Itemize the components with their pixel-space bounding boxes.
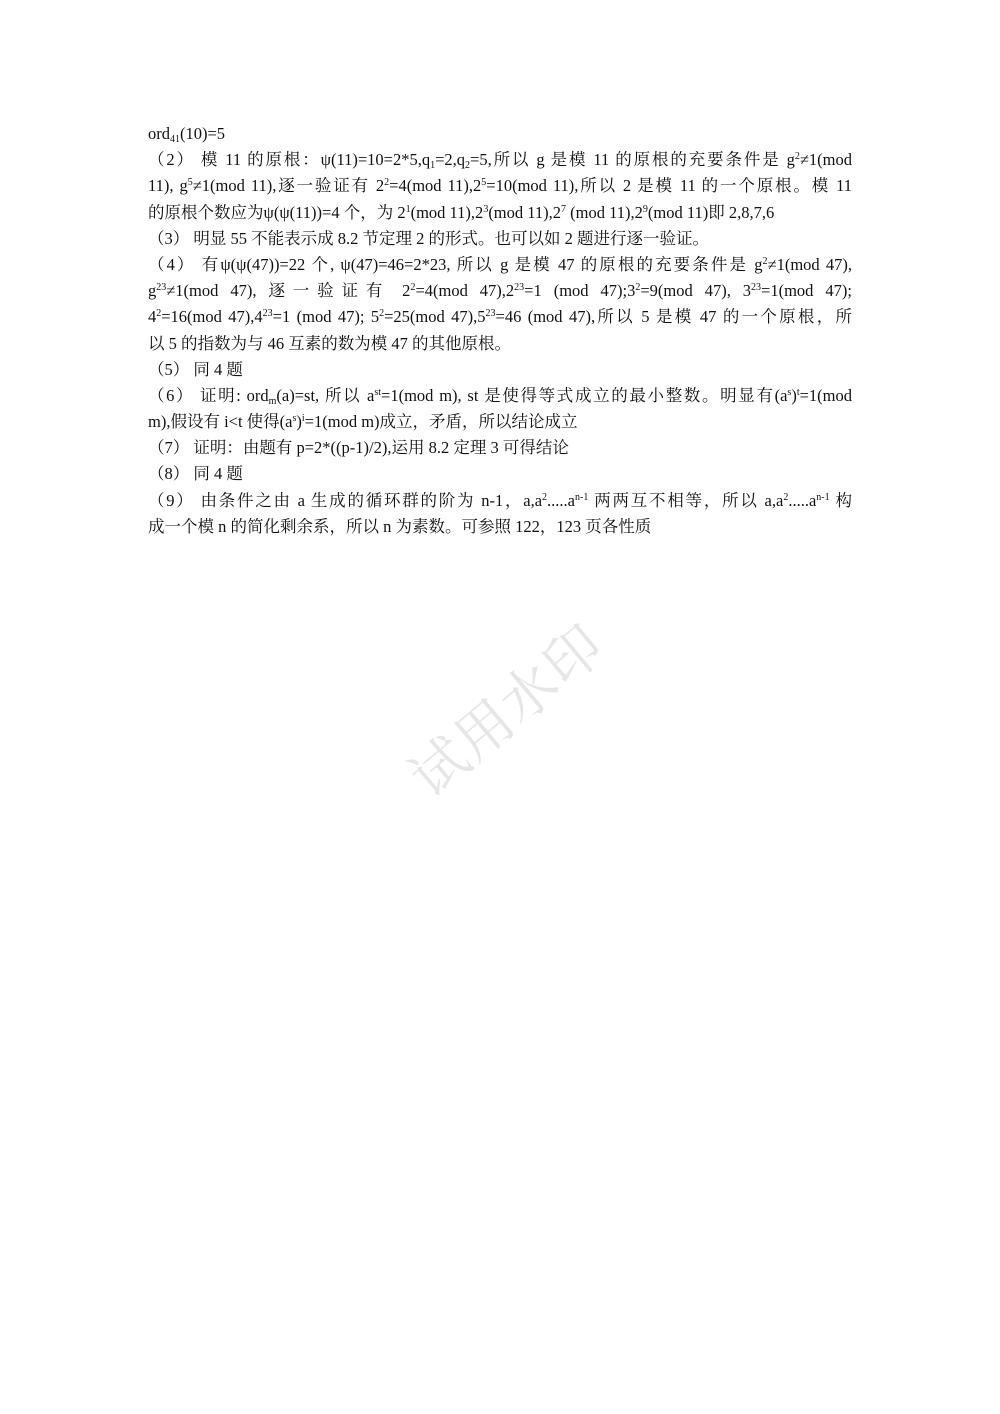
- text-run: .....a: [547, 491, 575, 510]
- text-run: n-1: [575, 492, 588, 503]
- text-run: =25(mod 47),5: [384, 307, 485, 326]
- text-run: =1 (mod 47); 5: [273, 307, 379, 326]
- text-line: g23≠1(mod 47), 逐一验证有 22=4(mod 47),223=1 …: [148, 278, 852, 304]
- text-line: （7） 证明：由题有 p=2*((p-1)/2),运用 8.2 定理 3 可得结…: [148, 435, 852, 461]
- text-run: =16(mod 47),4: [161, 307, 262, 326]
- text-line: （3） 明显 55 不能表示成 8.2 节定理 2 的形式。也可以如 2 题进行…: [148, 226, 852, 252]
- text-run: 的原根个数应为ψ(ψ(11))=4 个，为 2: [148, 203, 406, 222]
- text-run: (10)=5: [180, 124, 225, 143]
- text-run: （9） 由条件之由 a 生成的循环群的阶为 n-1，a,a: [148, 491, 542, 510]
- text-run: ≠1(mod 11),逐一验证有 2: [193, 176, 384, 195]
- text-run: （7） 证明：由题有 p=2*((p-1)/2),运用 8.2 定理 3 可得结…: [148, 438, 569, 457]
- text-run: =4(mod 11),2: [389, 176, 481, 195]
- text-run: ord: [148, 124, 170, 143]
- text-line: 成一个模 n 的简化剩余系，所以 n 为素数。可参照 122，123 页各性质: [148, 514, 852, 540]
- text-line: ord41(10)=5: [148, 121, 852, 147]
- text-run: =9(mod 47), 3: [640, 281, 751, 300]
- text-run: 4: [148, 307, 156, 326]
- text-run: （3） 明显 55 不能表示成 8.2 节定理 2 的形式。也可以如 2 题进行…: [148, 229, 709, 248]
- text-run: 以 5 的指数为与 46 互素的数为模 47 的其他原根。: [148, 334, 511, 353]
- text-line: （2） 模 11 的原根：ψ(11)=10=2*5,q1=2,q2=5,所以 g…: [148, 147, 852, 173]
- document-page: ord41(10)=5（2） 模 11 的原根：ψ(11)=10=2*5,q1=…: [0, 0, 1000, 1414]
- text-run: =1 (mod 47);3: [524, 281, 635, 300]
- text-line: （4） 有ψ(ψ(47))=22 个, ψ(47)=46=2*23, 所以 g …: [148, 252, 852, 278]
- text-run: =1(mod 47);: [761, 281, 852, 300]
- text-run: (mod 11),2: [566, 203, 643, 222]
- text-run: =5,所以 g 是模 11 的原根的充要条件是 g: [470, 150, 795, 169]
- text-run: 23: [514, 282, 524, 293]
- text-line: （8） 同 4 题: [148, 461, 852, 487]
- text-run: (a)=st, 所以 a: [276, 386, 374, 405]
- text-run: （2） 模 11 的原根：ψ(11)=10=2*5,q: [148, 150, 430, 169]
- text-run: 23: [156, 282, 166, 293]
- text-run: (mod 11),2: [411, 203, 484, 222]
- text-run: ≠1(mod 47),: [768, 255, 852, 274]
- text-run: ≠1(mod: [800, 150, 852, 169]
- text-run: 41: [170, 134, 180, 145]
- text-line: 42=16(mod 47),423=1 (mod 47); 52=25(mod …: [148, 304, 852, 330]
- text-run: 23: [751, 282, 761, 293]
- text-run: 11), g: [148, 176, 188, 195]
- text-run: =1(mod m), st 是使得等式成立的最小整数。明显有(a: [381, 386, 787, 405]
- text-line: m),假设有 i<t 使得(as)i=1(mod m)成立，矛盾，所以结论成立: [148, 409, 852, 435]
- text-run: =4(mod 47),2: [415, 281, 514, 300]
- text-line: 以 5 的指数为与 46 互素的数为模 47 的其他原根。: [148, 331, 852, 357]
- text-line: 的原根个数应为ψ(ψ(11))=4 个，为 21(mod 11),23(mod …: [148, 200, 852, 226]
- text-line: （6） 证明: ordm(a)=st, 所以 ast=1(mod m), st …: [148, 383, 852, 409]
- text-run: 23: [486, 308, 496, 319]
- text-line: （5） 同 4 题: [148, 357, 852, 383]
- text-run: （4） 有ψ(ψ(47))=22 个, ψ(47)=46=2*23, 所以 g …: [148, 255, 763, 274]
- text-run: （5） 同 4 题: [148, 360, 243, 379]
- text-run: (mod 11),2: [488, 203, 561, 222]
- text-run: (mod 11)即 2,8,7,6: [648, 203, 774, 222]
- text-run: ≠1(mod 47), 逐一验证有 2: [166, 281, 410, 300]
- text-run: 成一个模 n 的简化剩余系，所以 n 为素数。可参照 122，123 页各性质: [148, 517, 651, 536]
- text-run: =10(mod 11),所以 2 是模 11 的一个原根。模 11: [486, 176, 852, 195]
- text-run: =1(mod: [800, 386, 852, 405]
- text-run: n-1: [816, 492, 829, 503]
- text-run: =2,q: [435, 150, 465, 169]
- text-run: =46 (mod 47),所以 5 是模 47 的一个原根，所: [496, 307, 852, 326]
- text-run: =1(mod m)成立，矛盾，所以结论成立: [305, 412, 578, 431]
- text-run: 两两互不相等，所以 a,a: [588, 491, 783, 510]
- document-body: ord41(10)=5（2） 模 11 的原根：ψ(11)=10=2*5,q1=…: [148, 121, 852, 540]
- text-run: （8） 同 4 题: [148, 464, 243, 483]
- text-run: m),假设有 i<t 使得(a: [148, 412, 293, 431]
- text-run: 23: [263, 308, 273, 319]
- text-run: （6） 证明: ord: [148, 386, 269, 405]
- text-run: g: [148, 281, 156, 300]
- text-run: 构: [830, 491, 852, 510]
- watermark: 试用水印: [387, 600, 622, 816]
- text-line: 11), g5≠1(mod 11),逐一验证有 22=4(mod 11),25=…: [148, 173, 852, 199]
- text-run: .....a: [788, 491, 816, 510]
- text-line: （9） 由条件之由 a 生成的循环群的阶为 n-1，a,a2.....an-1 …: [148, 488, 852, 514]
